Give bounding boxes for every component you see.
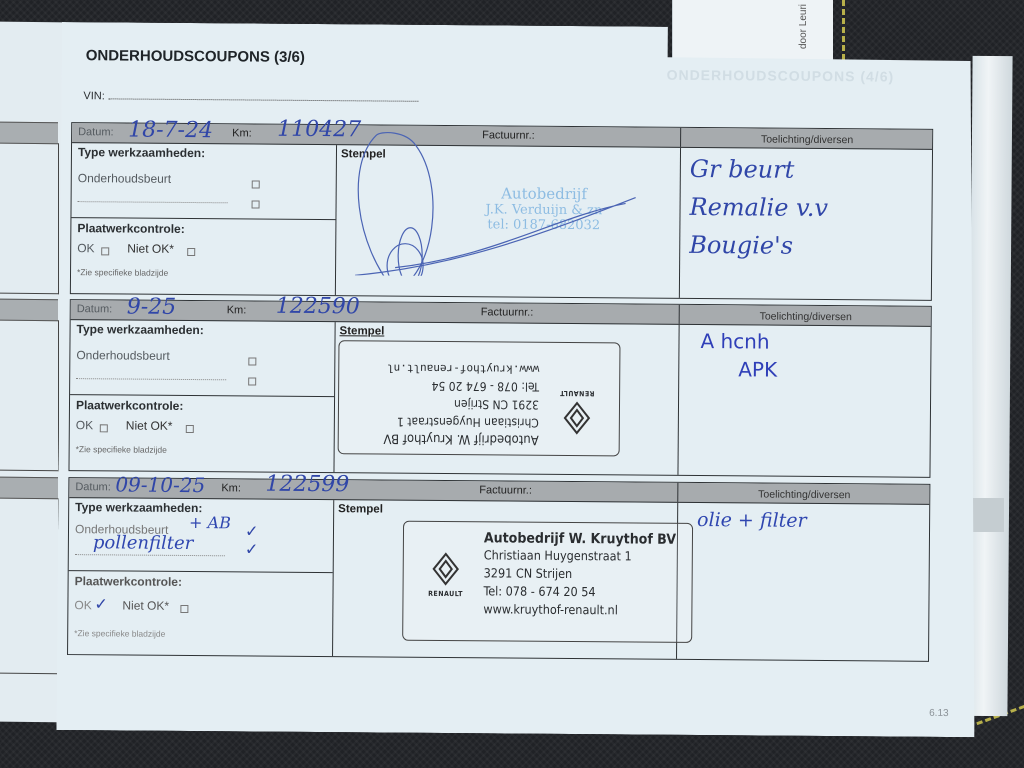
footnote: *Zie specifieke bladzijde xyxy=(77,267,168,278)
km-value[interactable]: 122590 xyxy=(276,294,360,320)
km-label: Km: xyxy=(232,127,252,139)
datum-label: Datum: xyxy=(75,481,111,493)
datum-value[interactable]: 09-10-25 xyxy=(115,472,205,497)
plaatwerkcontrole-label: Plaatwerkcontrole: xyxy=(77,221,184,236)
extra-checkbox[interactable] xyxy=(252,200,260,208)
niet-ok-checkbox[interactable] xyxy=(186,425,194,433)
coupon-body: Type werkzaamheden: Onderhoudsbeurt + AB… xyxy=(68,498,929,661)
footnote: *Zie specifieke bladzijde xyxy=(74,628,165,639)
toelichting-column: Gr beurt Remalie v.v Bougie's xyxy=(679,148,932,300)
work-type-column: Type werkzaamheden: Onderhoudsbeurt + AB… xyxy=(68,498,334,656)
signature-scribble xyxy=(335,125,680,278)
vin-label: VIN: xyxy=(83,90,104,102)
stamp-line: www.kruythof-renault.nl xyxy=(483,600,675,620)
coupon-page: ONDERHOUDSCOUPONS (4/6) ONDERHOUDSCOUPON… xyxy=(56,22,980,737)
toelichting-column: A hcnh APK xyxy=(677,325,930,477)
stamp-line: Tel: 078 - 674 20 54 xyxy=(483,582,675,602)
km-value[interactable]: 122599 xyxy=(265,472,349,498)
note-line: Gr beurt xyxy=(690,150,829,189)
onderhoudsbeurt-note: + AB xyxy=(189,513,231,532)
niet-ok-checkbox[interactable] xyxy=(187,248,195,256)
paper-slip-text: door Leuri xyxy=(798,4,809,49)
onderhoudsbeurt-label: Onderhoudsbeurt xyxy=(78,171,172,186)
toelichting-header: Toelichting/diversen xyxy=(677,483,930,504)
toelichting-notes[interactable]: olie + filter xyxy=(697,509,807,532)
stamp-line: 3291 CN Strijen xyxy=(484,564,676,584)
ok-label: OK xyxy=(74,598,91,612)
toelichting-notes[interactable]: Gr beurt Remalie v.v Bougie's xyxy=(689,150,828,265)
coupon-body: Type werkzaamheden: Onderhoudsbeurt Plaa… xyxy=(71,143,932,300)
datum-label: Datum: xyxy=(78,126,114,138)
niet-ok-label: Niet OK* xyxy=(127,242,174,256)
km-label: Km: xyxy=(227,304,247,316)
stamp-line: Autobedrijf W. Kruythof BV xyxy=(383,431,538,447)
extra-checkbox[interactable] xyxy=(248,377,256,385)
stempel-label: Stempel xyxy=(338,503,383,515)
renault-logo: RENAULT xyxy=(415,552,475,598)
footnote: *Zie specifieke bladzijde xyxy=(76,444,167,455)
note-line: Remalie v.v xyxy=(689,188,828,227)
onderhoudsbeurt-label: Onderhoudsbeurt xyxy=(76,348,170,363)
renault-wordmark: RENAULT xyxy=(547,389,607,397)
ok-label: OK xyxy=(77,241,94,255)
page-number: 6.13 xyxy=(929,708,949,719)
datum-value[interactable]: 18-7-24 xyxy=(128,118,213,144)
coupon-body: Type werkzaamheden: Onderhoudsbeurt Plaa… xyxy=(69,320,930,477)
left-page xyxy=(0,22,66,723)
stamp-line: Autobedrijf W. Kruythof BV xyxy=(484,530,676,548)
divider xyxy=(70,394,334,397)
datum-value[interactable]: 9-25 xyxy=(127,295,177,320)
seat-stitching xyxy=(842,0,845,60)
type-werkzaamheden-label: Type werkzaamheden: xyxy=(78,145,205,160)
note-line: APK xyxy=(700,355,777,384)
page-edge-tab xyxy=(968,498,1004,532)
stamp-line: Tel: 078 - 674 20 54 xyxy=(384,377,539,396)
stamp-column: Stempel Autobedrijf J.K. Verduijn & zn t… xyxy=(335,145,681,298)
note-line: A hcnh xyxy=(700,327,777,356)
renault-diamond-icon xyxy=(562,401,592,435)
extra-line-field[interactable] xyxy=(76,378,226,380)
plaatwerkcontrole-label: Plaatwerkcontrole: xyxy=(76,398,183,413)
note-line: Bougie's xyxy=(689,226,828,265)
stamp-line: Christiaan Huygenstraat 1 xyxy=(384,413,539,432)
work-type-column: Type werkzaamheden: Onderhoudsbeurt Plaa… xyxy=(69,320,335,472)
page-title: ONDERHOUDSCOUPONS (3/6) xyxy=(86,47,305,66)
left-page-band xyxy=(0,122,58,145)
left-page-band xyxy=(0,477,58,500)
vin-field[interactable] xyxy=(109,98,419,101)
stamp-column: Stempel RENAULT Autobedrijf W. Kruythof … xyxy=(333,322,679,475)
stamp-line: 3291 CN Strijen xyxy=(384,395,539,414)
coupon-1: Datum: 18-7-24 Km: 110427 Factuurnr.: To… xyxy=(70,122,933,301)
niet-ok-label: Niet OK* xyxy=(126,419,173,433)
divider xyxy=(69,570,333,573)
toelichting-column: olie + filter xyxy=(676,503,929,661)
ok-checkbox[interactable] xyxy=(100,424,108,432)
ok-label: OK xyxy=(76,418,93,432)
toelichting-header: Toelichting/diversen xyxy=(680,128,933,149)
niet-ok-checkbox[interactable] xyxy=(180,605,188,613)
dealer-stamp-kruythof-upside-down: RENAULT Autobedrijf W. Kruythof BV Chris… xyxy=(338,340,621,456)
work-type-column: Type werkzaamheden: Onderhoudsbeurt Plaa… xyxy=(71,143,337,295)
onderhoudsbeurt-checkbox[interactable] xyxy=(252,180,260,188)
stempel-label: Stempel xyxy=(340,325,385,337)
renault-wordmark: RENAULT xyxy=(415,590,475,598)
extra-line-value[interactable]: pollenfilter xyxy=(93,532,194,554)
factuurnr-label: Factuurnr.: xyxy=(479,484,532,496)
left-page-box xyxy=(0,320,59,472)
stamp-line: Christiaan Huygenstraat 1 xyxy=(484,546,676,566)
factuurnr-label: Factuurnr.: xyxy=(481,306,534,318)
km-label: Km: xyxy=(221,482,241,494)
page-stack-edge xyxy=(967,56,1012,716)
renault-logo: RENAULT xyxy=(547,389,607,435)
ghost-title: ONDERHOUDSCOUPONS (4/6) xyxy=(667,67,895,85)
ok-checkmark-icon[interactable]: ✓ xyxy=(94,594,108,614)
divider xyxy=(71,217,335,220)
left-page-box xyxy=(0,143,59,295)
toelichting-header: Toelichting/diversen xyxy=(679,305,932,326)
ok-checkbox[interactable] xyxy=(101,247,109,255)
type-werkzaamheden-label: Type werkzaamheden: xyxy=(77,322,204,337)
stamp-lines: Autobedrijf W. Kruythof BV Christiaan Hu… xyxy=(383,359,539,447)
left-page-box xyxy=(0,498,59,675)
coupon-2: Datum: 9-25 Km: 122590 Factuurnr.: Toeli… xyxy=(68,299,931,478)
toelichting-notes[interactable]: A hcnh APK xyxy=(700,327,777,384)
left-page-band xyxy=(0,299,58,322)
stamp-column: Stempel RENAULT Autobedrijf W. Kruythof … xyxy=(332,500,678,659)
stamp-line: www.kruythof-renault.nl xyxy=(384,359,539,378)
type-werkzaamheden-label: Type werkzaamheden: xyxy=(75,500,202,515)
extra-checkmark-icon[interactable]: ✓ xyxy=(245,539,259,559)
extra-line-field[interactable] xyxy=(78,201,228,203)
dealer-stamp-kruythof: RENAULT Autobedrijf W. Kruythof BV Chris… xyxy=(402,521,693,643)
stamp-lines: Autobedrijf W. Kruythof BV Christiaan Hu… xyxy=(483,530,676,620)
renault-diamond-icon xyxy=(431,552,461,586)
extra-line-field[interactable] xyxy=(75,554,225,556)
niet-ok-label: Niet OK* xyxy=(122,598,169,612)
datum-label: Datum: xyxy=(77,303,113,315)
vin-row: VIN: xyxy=(83,90,418,105)
onderhoudsbeurt-checkbox[interactable] xyxy=(248,357,256,365)
plaatwerkcontrole-label: Plaatwerkcontrole: xyxy=(75,574,182,589)
note-line: olie + filter xyxy=(697,509,807,532)
coupon-3: Datum: 09-10-25 Km: 122599 Factuurnr.: T… xyxy=(67,477,930,662)
